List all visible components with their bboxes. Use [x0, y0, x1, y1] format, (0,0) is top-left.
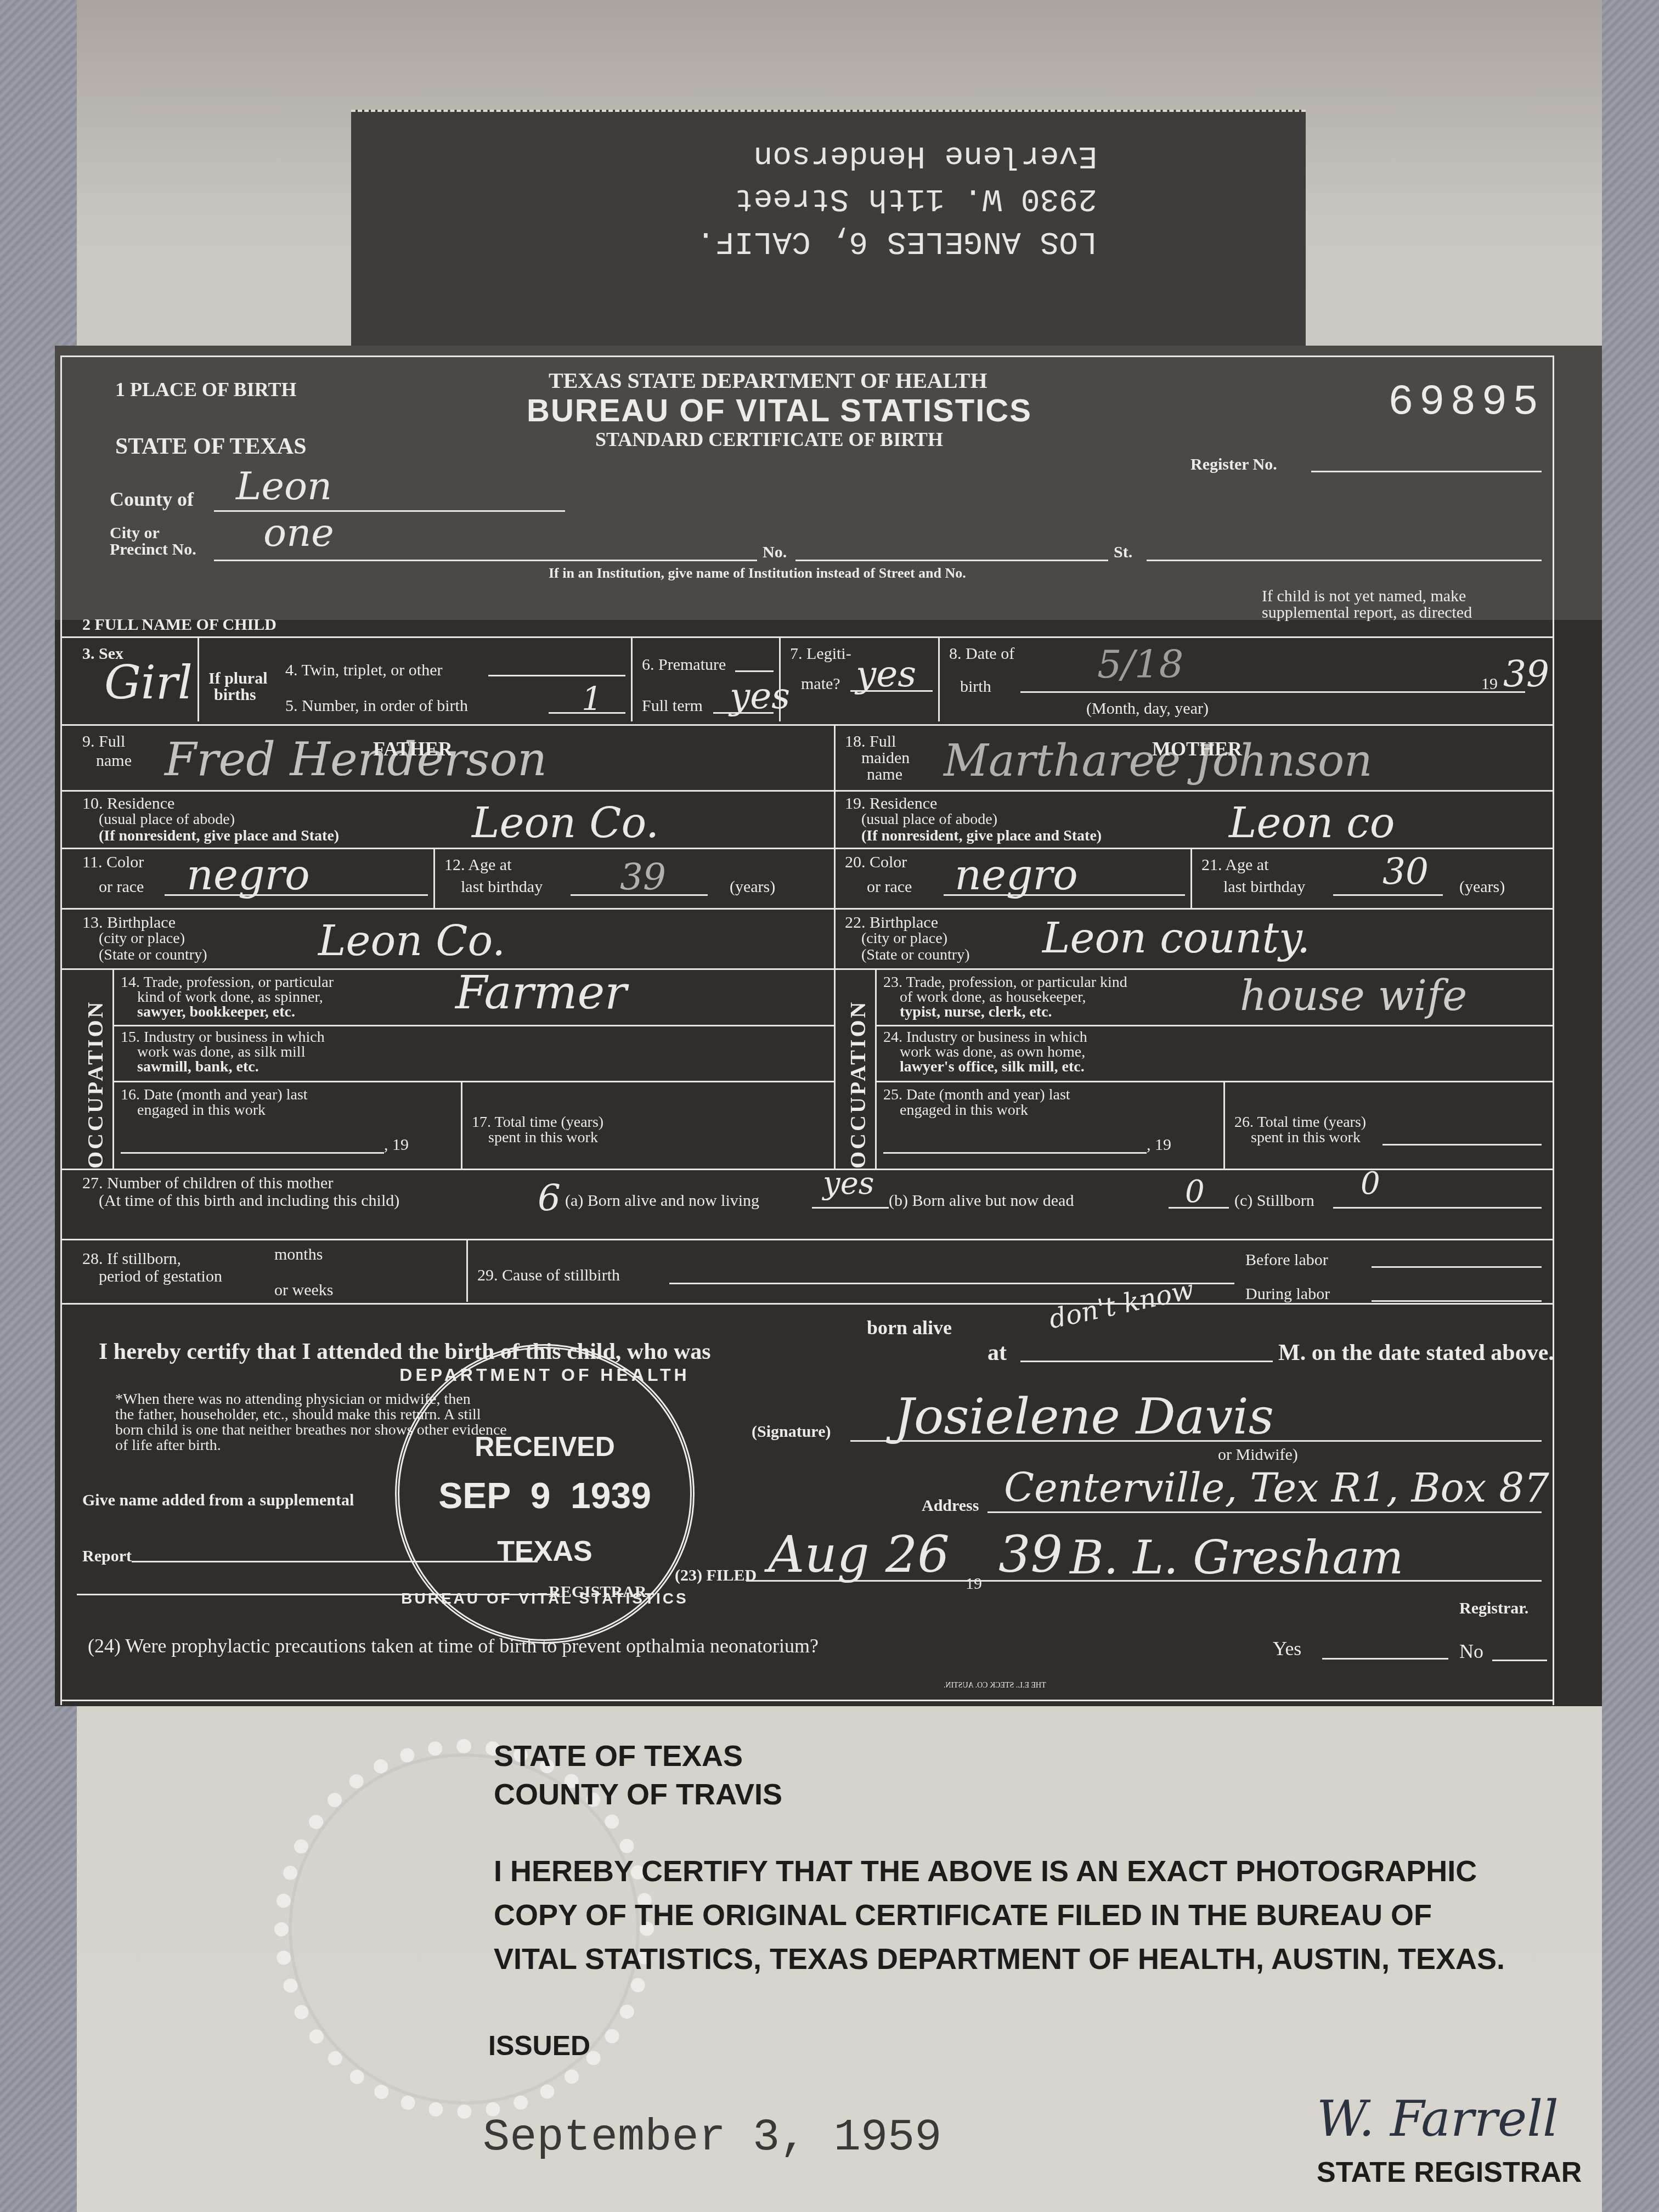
note-line-4: of life after birth.: [115, 1437, 221, 1454]
state-registrar-title: STATE REGISTRAR: [1317, 2156, 1582, 2189]
mother-color-label-2: or race: [867, 878, 912, 896]
address-line: LOS ANGELES 6, CALIF.: [696, 219, 1097, 262]
mother-birthplace-label-2: (city or place): [861, 930, 947, 947]
father-date-century: , 19: [384, 1136, 409, 1154]
certificate-number: 69895: [1388, 379, 1544, 427]
mother-name-value: Martharee Johnson: [944, 735, 1373, 786]
born-alive-dead-label: (b) Born alive but now dead: [889, 1192, 1074, 1210]
father-residence-value: Leon Co.: [472, 798, 659, 847]
children-label-2: (At time of this birth and including thi…: [99, 1192, 399, 1210]
stillbirth-label-1: 28. If stillborn,: [82, 1250, 181, 1268]
bureau-title: BUREAU OF VITAL STATISTICS: [527, 392, 1032, 429]
city-label-1: City or: [110, 524, 160, 543]
stillborn-label: (c) Stillborn: [1234, 1192, 1314, 1210]
children-count-value: 6: [538, 1177, 561, 1219]
signature-label: (Signature): [752, 1423, 831, 1441]
children-label-1: 27. Number of children of this mother: [82, 1174, 333, 1193]
mother-color-label-1: 20. Color: [845, 853, 907, 872]
before-labor-label: Before labor: [1245, 1251, 1328, 1269]
father-name-label-2: name: [96, 752, 132, 770]
mother-residence-label-1: 19. Residence: [845, 794, 937, 813]
father-industry-label-3: sawmill, bank, etc.: [137, 1058, 259, 1076]
legitimate-value: yes: [856, 653, 916, 695]
mother-age-value: 30: [1383, 850, 1429, 893]
stamp-ring-bottom: BUREAU OF VITAL STATISTICS: [399, 1590, 690, 1607]
filed-date-value: Aug 26: [768, 1525, 950, 1584]
date-of-birth-value: 5/18: [1097, 642, 1183, 687]
certification-line-2: COPY OF THE ORIGINAL CERTIFICATE FILED I…: [494, 1898, 1432, 1932]
premature-label: 6. Premature: [642, 656, 726, 674]
address-label: Address: [922, 1497, 979, 1515]
father-residence-label-3: (If nonresident, give place and State): [99, 827, 339, 845]
stillborn-value: 0: [1361, 1166, 1380, 1201]
father-color-value: negro: [187, 850, 310, 899]
prophylactic-no-label: No: [1459, 1640, 1483, 1662]
plural-label-1: If plural: [208, 669, 268, 688]
at-label: at: [988, 1340, 1007, 1366]
stamp-ring-top: DEPARTMENT OF HEALTH: [399, 1365, 690, 1385]
supplemental-note-2: supplemental report, as directed: [1262, 603, 1472, 622]
supplemental-note-1: If child is not yet named, make: [1262, 587, 1466, 606]
during-labor-label: During labor: [1245, 1285, 1330, 1304]
mother-color-value: negro: [955, 850, 1078, 899]
full-term-label: Full term: [642, 697, 703, 715]
father-residence-label-2: (usual place of abode): [99, 811, 235, 828]
county-label: County of: [110, 488, 194, 510]
sex-value: Girl: [104, 656, 193, 709]
stamp-state: TEXAS: [399, 1535, 690, 1568]
attendant-signature: Josielene Davis: [894, 1388, 1274, 1446]
mother-age-label-1: 21. Age at: [1201, 856, 1268, 874]
father-name-label-1: 9. Full: [82, 732, 125, 751]
prophylactic-question: (24) Were prophylactic precautions taken…: [88, 1635, 819, 1657]
place-of-birth-label: 1 PLACE OF BIRTH: [115, 379, 296, 400]
full-name-label: 2 FULL NAME OF CHILD: [82, 616, 276, 634]
father-trade-label-3: sawyer, bookkeeper, etc.: [137, 1003, 295, 1021]
mother-age-label-2: last birthday: [1223, 878, 1305, 896]
legitimate-label-1: 7. Legiti-: [790, 645, 851, 663]
printer-mark: THE E.L. STECK CO. AUSTIN.: [944, 1681, 1046, 1690]
father-age-label-1: 12. Age at: [444, 856, 511, 874]
date-of-birth-century: 19: [1481, 675, 1498, 693]
mother-birthplace-value: Leon county.: [1042, 913, 1310, 962]
born-alive-dead-value: 0: [1185, 1174, 1205, 1210]
stillbirth-label-2: period of gestation: [99, 1267, 222, 1286]
father-age-unit: (years): [730, 878, 775, 896]
prophylactic-yes-label: Yes: [1273, 1638, 1301, 1660]
father-residence-label-1: 10. Residence: [82, 794, 174, 813]
father-color-label-2: or race: [99, 878, 144, 896]
date-of-birth-label-1: 8. Date of: [949, 645, 1014, 663]
father-color-label-1: 11. Color: [82, 853, 144, 872]
m-date-statement: M. on the date stated above.: [1278, 1340, 1554, 1366]
born-alive-living-value: yes: [823, 1166, 874, 1201]
issued-date: September 3, 1959: [483, 2112, 942, 2163]
stillbirth-cause-label: 29. Cause of stillbirth: [477, 1266, 620, 1285]
address-line: 2930 W. 11th Street: [696, 177, 1097, 219]
father-name-value: Fred Henderson: [165, 732, 547, 786]
father-age-label-2: last birthday: [461, 878, 543, 896]
mother-birthplace-label-1: 22. Birthplace: [845, 913, 938, 932]
midwife-label: or Midwife): [1218, 1446, 1298, 1464]
registrar-title: Registrar.: [1459, 1599, 1528, 1618]
stamp-date: SEP 9 1939: [399, 1475, 690, 1516]
father-trade-value: Farmer: [455, 966, 627, 1019]
stamp-received: RECEIVED: [399, 1431, 690, 1463]
born-alive-text: born alive: [867, 1317, 952, 1339]
mailing-address: LOS ANGELES 6, CALIF.2930 W. 11th Street…: [696, 134, 1097, 262]
institution-note: If in an Institution, give name of Insti…: [549, 565, 966, 582]
twin-label: 4. Twin, triplet, or other: [285, 661, 442, 680]
mother-age-unit: (years): [1459, 878, 1505, 896]
mother-trade-value: house wife: [1240, 971, 1467, 1020]
gestation-months-label: months: [274, 1245, 323, 1264]
report-label: Report: [82, 1547, 132, 1566]
mother-occupation-heading: OCCUPATION: [845, 1000, 871, 1169]
issuance-county: COUNTY OF TRAVIS: [494, 1778, 782, 1812]
father-birthplace-label-2: (city or place): [99, 930, 185, 947]
certificate-type: STANDARD CERTIFICATE OF BIRTH: [595, 428, 943, 451]
supplemental-name-label: Give name added from a supplemental: [82, 1491, 354, 1510]
certification-line-3: VITAL STATISTICS, TEXAS DEPARTMENT OF HE…: [494, 1942, 1505, 1976]
issued-label: ISSUED: [488, 2030, 590, 2062]
register-no-label: Register No.: [1190, 455, 1277, 474]
full-term-value: yes: [730, 675, 790, 717]
father-birthplace-value: Leon Co.: [318, 916, 505, 965]
mother-name-label-2: maiden: [861, 749, 910, 768]
mother-trade-label-3: typist, nurse, clerk, etc.: [900, 1003, 1052, 1021]
st-label: St.: [1114, 543, 1132, 562]
state-registrar-signature: W. Farrell: [1317, 2090, 1559, 2148]
city-label-2: Precinct No.: [110, 540, 196, 559]
father-date-label-2: engaged in this work: [137, 1102, 266, 1119]
filed-label: (23) FILED: [675, 1566, 757, 1585]
city-value: one: [263, 510, 334, 555]
legitimate-label-2: mate?: [801, 675, 840, 693]
mother-birthplace-label-3: (State or country): [861, 946, 970, 964]
date-of-birth-hint: (Month, day, year): [1086, 699, 1209, 718]
attendance-statement: I hereby certify that I attended the bir…: [99, 1339, 711, 1365]
attendant-address: Centerville, Tex R1, Box 87: [1004, 1465, 1549, 1511]
county-value: Leon: [236, 464, 332, 509]
address-line: Everlene Henderson: [696, 134, 1097, 177]
mother-name-label-1: 18. Full: [845, 732, 896, 751]
father-birthplace-label-3: (State or country): [99, 946, 207, 964]
mother-total-label-2: spent in this work: [1251, 1129, 1361, 1147]
mother-date-century: , 19: [1147, 1136, 1171, 1154]
mother-name-label-3: name: [867, 765, 902, 784]
issuance-state: STATE OF TEXAS: [494, 1739, 743, 1773]
certification-area: STATE OF TEXAS COUNTY OF TRAVIS I HEREBY…: [77, 1706, 1602, 2212]
mother-residence-value: Leon co: [1229, 798, 1395, 847]
father-age-value: 39: [620, 856, 666, 898]
born-alive-living-label: (a) Born alive and now living: [565, 1192, 759, 1210]
father-occupation-heading: OCCUPATION: [82, 1000, 108, 1169]
filed-year: 39: [998, 1525, 1063, 1584]
birth-certificate: 1 PLACE OF BIRTH STATE OF TEXAS TEXAS ST…: [55, 346, 1602, 1706]
mother-industry-label-3: lawyer's office, silk mill, etc.: [900, 1058, 1085, 1076]
date-of-birth-year: 39: [1503, 653, 1549, 695]
gestation-weeks-label: or weeks: [274, 1281, 333, 1300]
mother-date-label-2: engaged in this work: [900, 1102, 1028, 1119]
mother-residence-label-2: (usual place of abode): [861, 811, 997, 828]
mother-residence-label-3: (If nonresident, give place and State): [861, 827, 1102, 845]
father-total-label-2: spent in this work: [488, 1129, 598, 1147]
department-title: TEXAS STATE DEPARTMENT OF HEALTH: [549, 368, 988, 393]
order-label: 5. Number, in order of birth: [285, 697, 468, 715]
received-stamp: DEPARTMENT OF HEALTH RECEIVED SEP 9 1939…: [395, 1344, 695, 1644]
date-of-birth-label-2: birth: [960, 678, 991, 696]
plural-label-2: births: [214, 686, 256, 704]
filed-century: 19: [966, 1575, 982, 1593]
father-birthplace-label-1: 13. Birthplace: [82, 913, 176, 932]
state-label: STATE OF TEXAS: [115, 433, 307, 460]
no-label: No.: [763, 543, 787, 562]
certification-line-1: I HEREBY CERTIFY THAT THE ABOVE IS AN EX…: [494, 1854, 1477, 1888]
registrar-signature: B. L. Gresham: [1070, 1531, 1403, 1584]
